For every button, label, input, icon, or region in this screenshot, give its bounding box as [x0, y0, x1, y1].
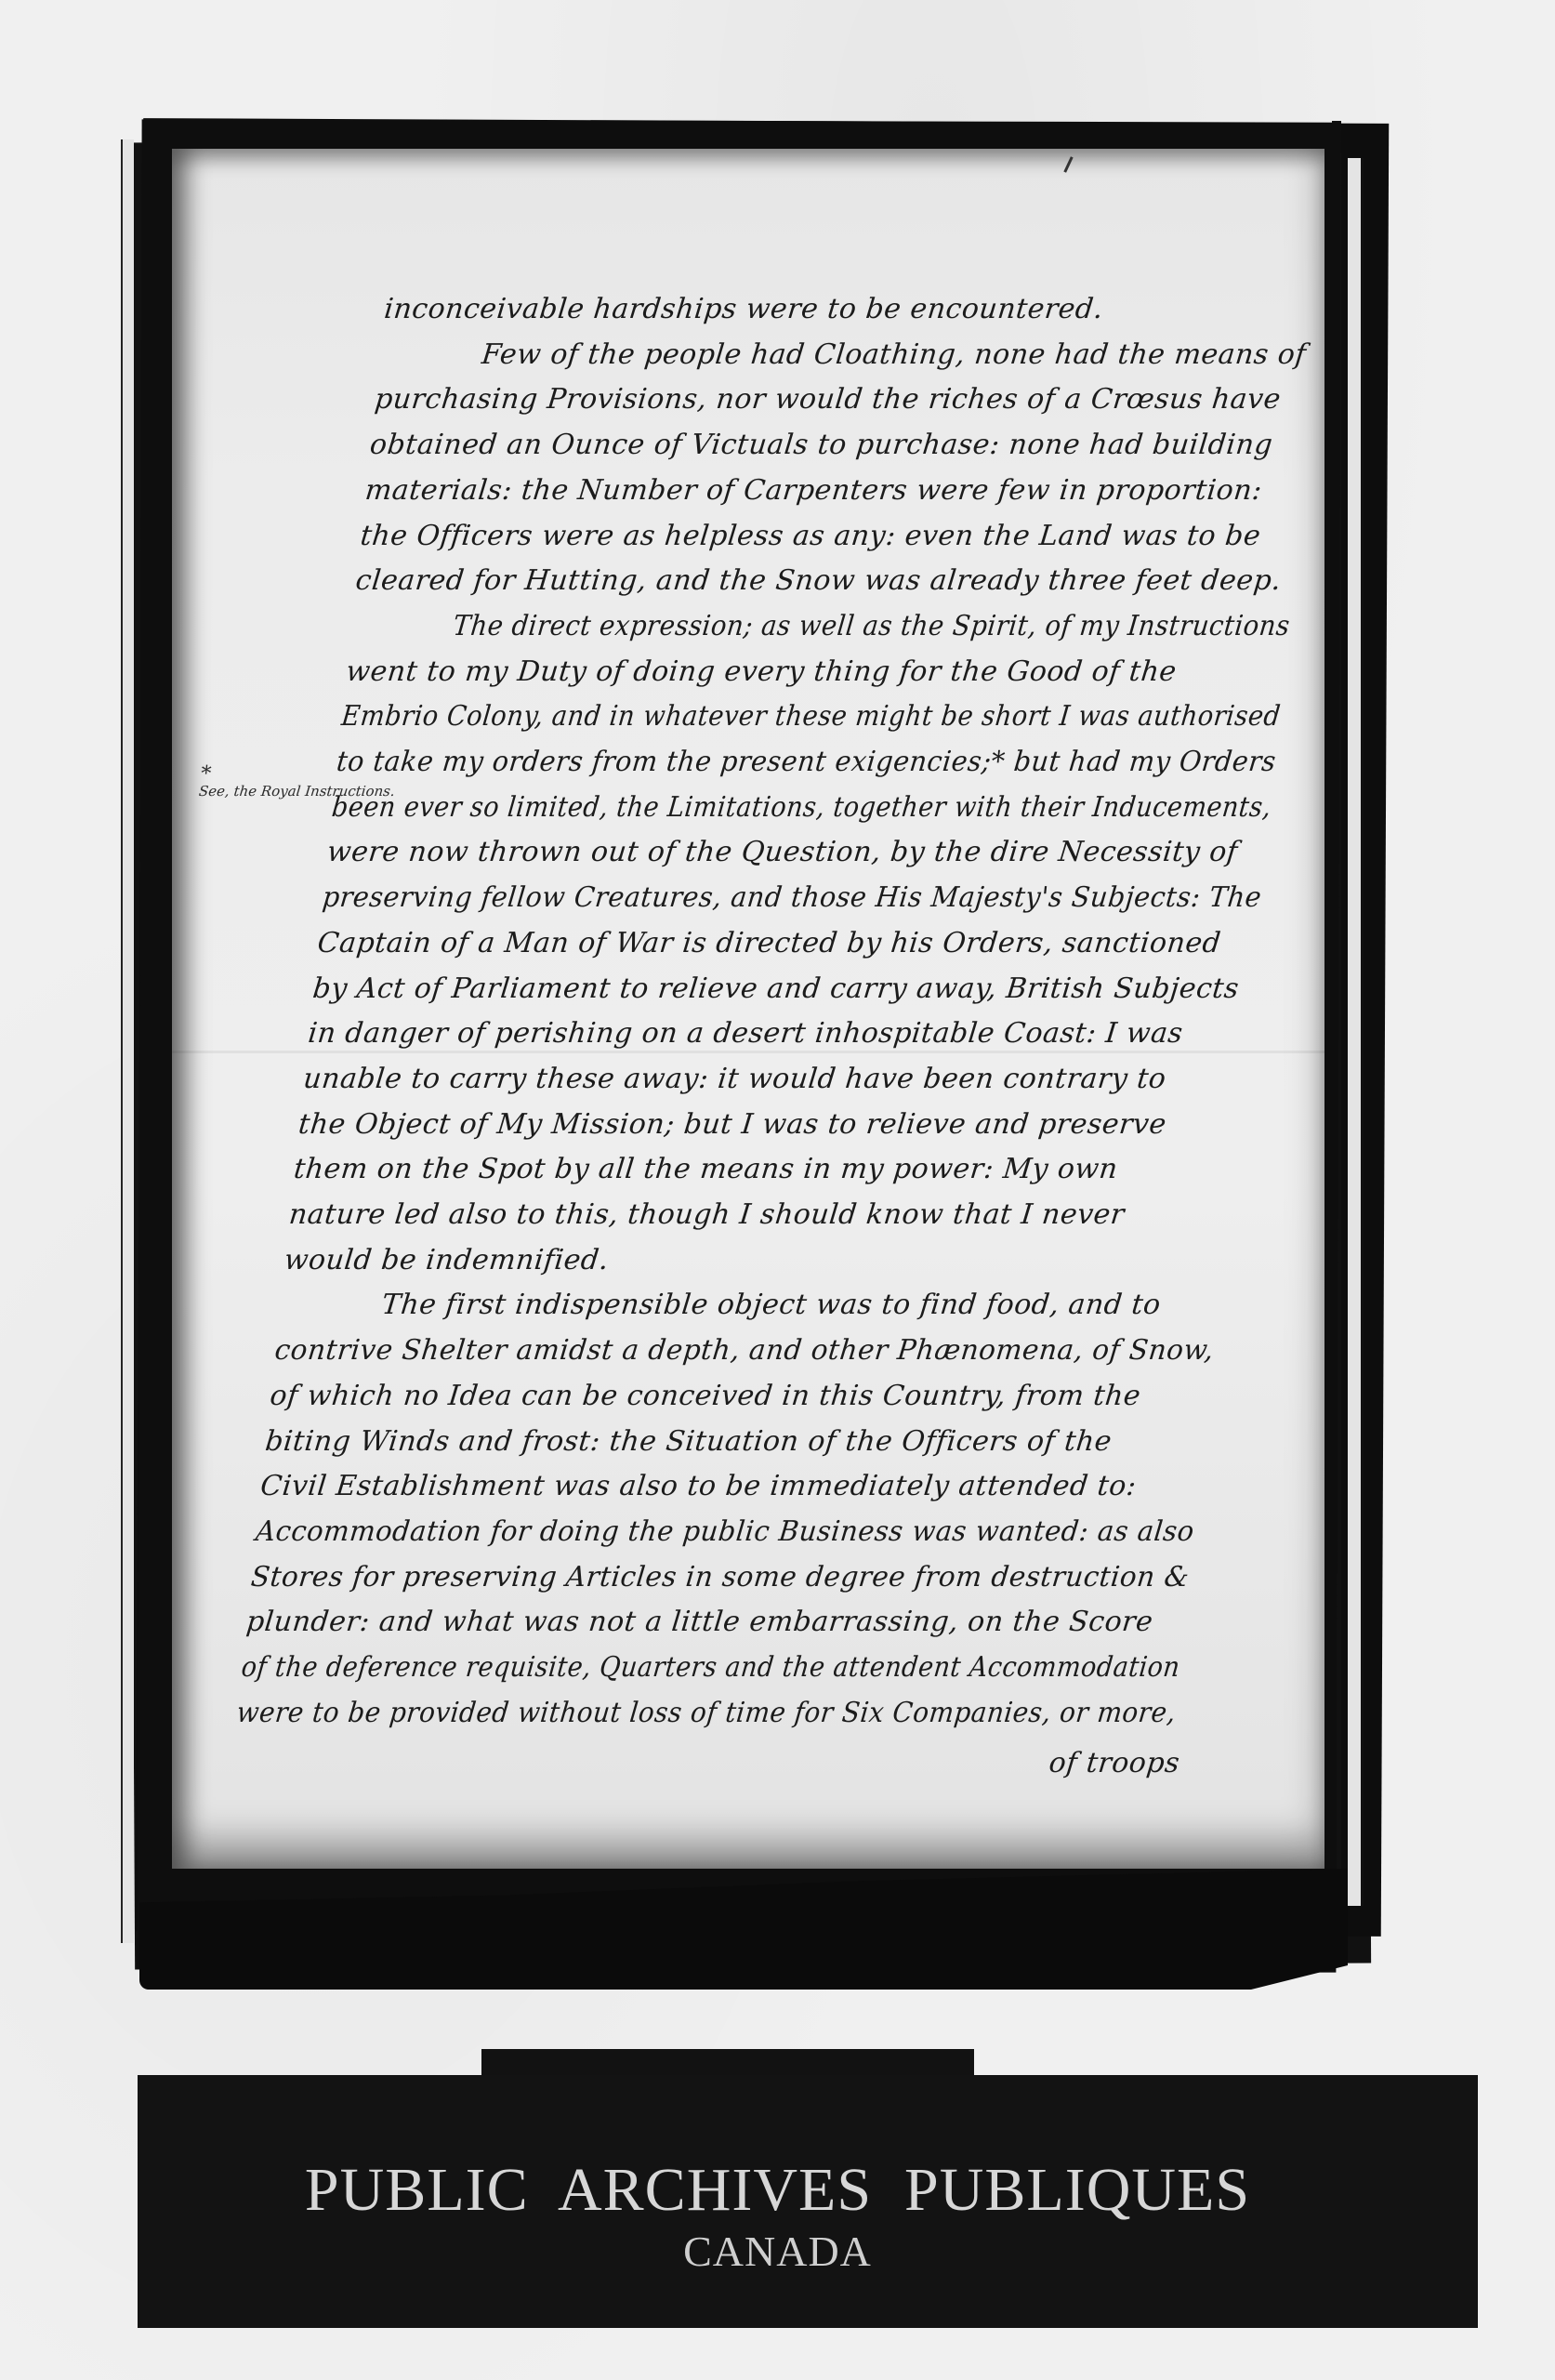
banner-subtitle: CANADA: [0, 2227, 1555, 2276]
manuscript-line: biting Winds and frost: the Situation of…: [263, 1428, 1113, 1460]
manuscript-line: The first indispensible object was to fi…: [380, 1291, 1162, 1323]
page-stack-right-edge: [1348, 158, 1364, 1906]
manuscript-line: went to my Duty of doing every thing for…: [344, 658, 1178, 690]
manuscript-line: obtained an Ounce of Victuals to purchas…: [368, 431, 1274, 463]
banner-title: PUBLIC ARCHIVES PUBLIQUES: [0, 2155, 1555, 2226]
manuscript-line: Stores for preserving Articles in some d…: [249, 1564, 1191, 1595]
page-stack-left-edge: [121, 139, 134, 1943]
catchword: of troops: [1048, 1750, 1181, 1781]
manuscript-line: Civil Establishment was also to be immed…: [258, 1473, 1138, 1504]
manuscript-line: Few of the people had Cloathing, none ha…: [480, 341, 1307, 373]
manuscript-line: were now thrown out of the Question, by …: [325, 839, 1239, 870]
manuscript-line: would be indemnified.: [283, 1247, 610, 1278]
manuscript-line: the Officers were as helpless as any: ev…: [359, 522, 1262, 554]
manuscript-line: in danger of perishing on a desert inhos…: [307, 1020, 1184, 1051]
manuscript-line: Embrio Colony, and in whatever these mig…: [339, 703, 1282, 734]
manuscript-line: to take my orders from the present exige…: [335, 748, 1277, 780]
manuscript-line: of which no Idea can be conceived in thi…: [269, 1382, 1142, 1414]
manuscript-line: materials: the Number of Carpenters were…: [363, 477, 1263, 509]
manuscript-line: by Act of Parliament to relieve and carr…: [311, 975, 1241, 1007]
manuscript-line: Captain of a Man of War is directed by h…: [316, 930, 1222, 961]
manuscript-line: plunder: and what was not a little embar…: [244, 1608, 1154, 1640]
manuscript-line: of the deference requisite, Quarters and…: [240, 1654, 1181, 1686]
manuscript-line: the Object of My Mission; but I was to r…: [297, 1111, 1167, 1143]
manuscript-line: them on the Spot by all the means in my …: [292, 1156, 1119, 1187]
manuscript-line: been ever so limited, the Limitations, t…: [330, 794, 1272, 826]
manuscript-line: were to be provided without loss of time…: [235, 1699, 1178, 1731]
manuscript-line: The direct expression; as well as the Sp…: [452, 613, 1292, 644]
manuscript-line: Accommodation for doing the public Busin…: [254, 1518, 1195, 1550]
manuscript-line: inconceivable hardships were to be encou…: [382, 296, 1104, 327]
manuscript-line: purchasing Provisions, nor would the ric…: [373, 386, 1282, 417]
manuscript-line: unable to carry these away: it would hav…: [301, 1065, 1167, 1097]
manuscript-line: contrive Shelter amidst a depth, and oth…: [273, 1337, 1216, 1368]
manuscript-line: preserving fellow Creatures, and those H…: [321, 884, 1263, 916]
manuscript-line: cleared for Hutting, and the Snow was al…: [354, 567, 1283, 599]
manuscript-line: nature led also to this, though I should…: [287, 1201, 1126, 1233]
